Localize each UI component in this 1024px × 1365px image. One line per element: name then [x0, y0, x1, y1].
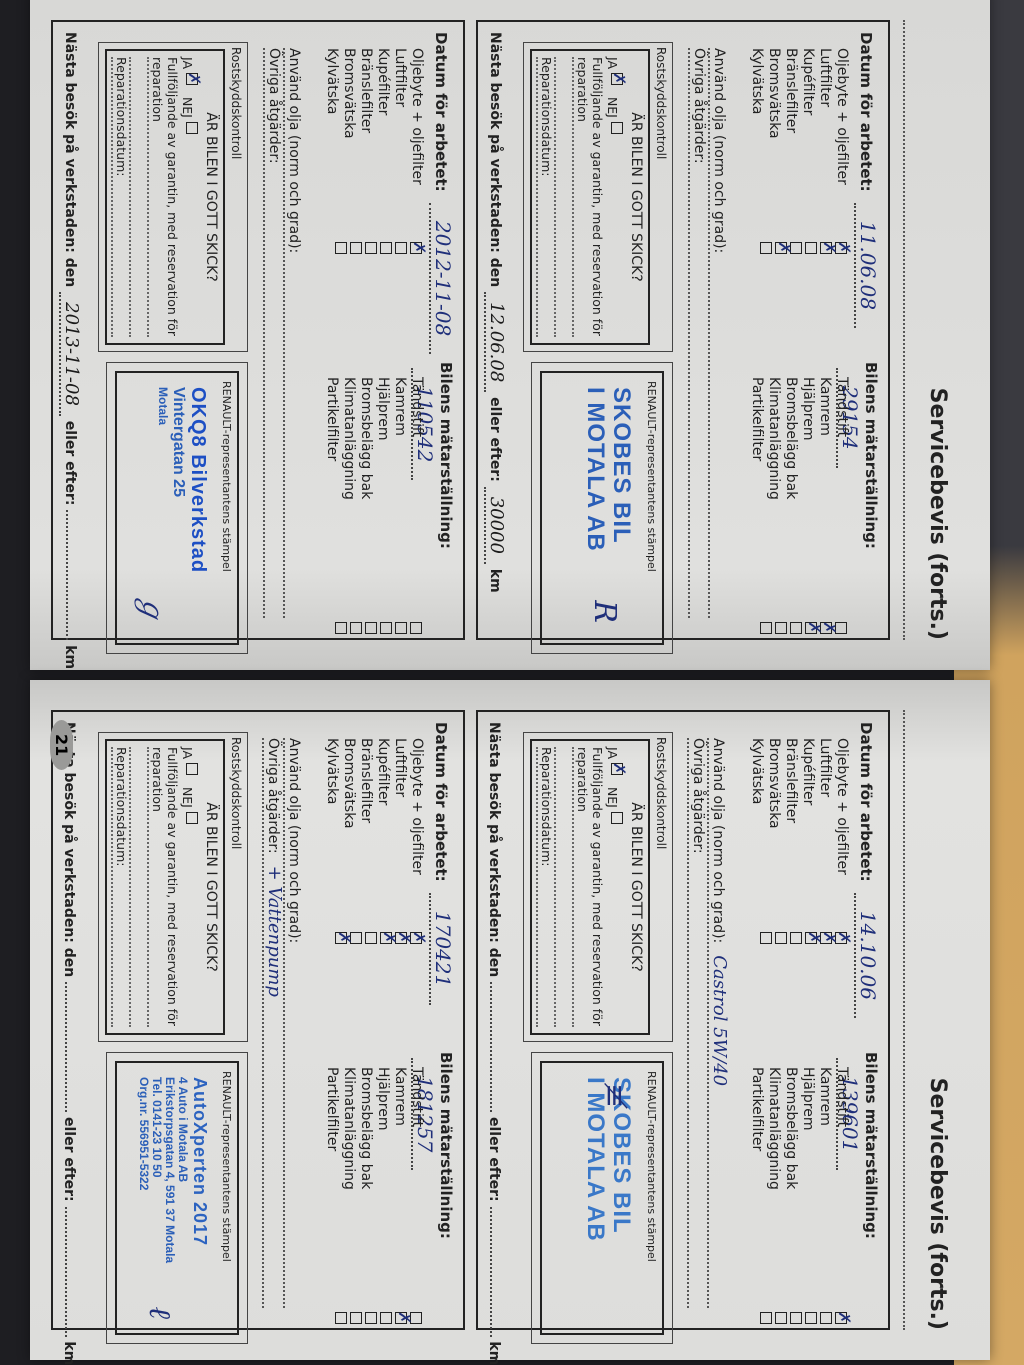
- service-items-left: Oljebyte + oljefilter Luftfilter Kupéfil…: [748, 738, 850, 875]
- item-label: Kamrem: [391, 377, 408, 500]
- next-visit-row: Nästa besök på verkstaden: den eller eft…: [61, 722, 77, 1318]
- service-checkbox: [760, 932, 772, 944]
- service-checkbox: [760, 622, 772, 634]
- service-checkbox: [790, 1312, 802, 1324]
- service-checkbox: [395, 622, 407, 634]
- service-checkbox: [410, 242, 422, 254]
- item-label: Bränslefilter: [357, 738, 374, 875]
- service-checkbox: [805, 932, 817, 944]
- next-visit-label: Nästa besök på verkstaden: den: [486, 722, 502, 977]
- repair-label: reparation: [150, 747, 165, 812]
- service-checkbox: [335, 1312, 347, 1324]
- no-checkbox: [186, 812, 198, 824]
- item-label: Klimatanläggning: [340, 1067, 357, 1190]
- checkboxes-right: [332, 1312, 425, 1324]
- service-checkbox: [350, 622, 362, 634]
- item-label: Tändstift: [833, 1067, 850, 1190]
- yes-checkbox: [611, 73, 623, 85]
- service-checkbox: [805, 1312, 817, 1324]
- item-label: Bränslefilter: [782, 738, 799, 875]
- no-checkbox: [611, 812, 623, 824]
- item-label: Bromsbelägg bak: [782, 1067, 799, 1190]
- or-after-label: eller efter:: [61, 1117, 77, 1202]
- work-date-value: 2012-11-08: [429, 203, 455, 354]
- next-visit-row: Nästa besök på verkstaden: den eller eft…: [486, 722, 502, 1318]
- work-date-label: Datum för arbetet:: [432, 32, 450, 192]
- item-label: Bränslefilter: [357, 48, 374, 185]
- rust-question: ÄR BILEN I GOTT SKICK?: [628, 57, 644, 337]
- rust-check-box: Rostskyddskontroll ÄR BILEN I GOTT SKICK…: [98, 42, 248, 352]
- km-label: km: [61, 1341, 77, 1365]
- service-checkbox: [775, 622, 787, 634]
- warranty-text: Fullföljande av garantin, med reservatio…: [165, 747, 180, 1027]
- service-checkbox: [835, 1312, 847, 1324]
- item-label: Partikelfilter: [748, 377, 765, 500]
- or-after-label: eller efter:: [487, 397, 503, 482]
- item-label: Kupéfilter: [374, 738, 391, 875]
- work-date-label: Datum för arbetet:: [432, 722, 450, 882]
- oil-lines: Använd olja (norm och grad): Övriga åtgä…: [263, 48, 303, 618]
- item-label: Bränslefilter: [782, 48, 799, 185]
- item-label: Luftfilter: [391, 48, 408, 185]
- stamp-caption: RENAULT-representantens stämpel: [645, 1071, 658, 1262]
- service-checkbox: [380, 1312, 392, 1324]
- oil-lines: Använd olja (norm och grad): Övriga åtgä…: [688, 48, 728, 618]
- checkboxes-left: [332, 242, 425, 254]
- next-visit-date: 2013-11-08: [59, 292, 82, 416]
- item-label: Kupéfilter: [799, 738, 816, 875]
- item-label: Klimatanläggning: [340, 377, 357, 500]
- stamp-line: Erikstorpsgatan 4, 591 37 Motala: [163, 1077, 176, 1263]
- rust-question: ÄR BILEN I GOTT SKICK?: [203, 57, 219, 337]
- dealer-stamp: OKQ8 Bilverkstad Vintergatan 25 Motala: [156, 387, 209, 573]
- item-label: Luftfilter: [816, 738, 833, 875]
- rust-question: ÄR BILEN I GOTT SKICK?: [628, 747, 644, 1027]
- odometer-label: Bilens mätarställning:: [862, 362, 880, 549]
- service-checkbox: [775, 242, 787, 254]
- no-label: NEJ: [605, 97, 620, 118]
- stamp-line: Motala: [156, 387, 169, 573]
- oil-label: Använd olja (norm och grad):: [711, 48, 727, 253]
- stamp-line: 4 Auto i Motala AB: [176, 1077, 189, 1263]
- service-checkbox: [365, 242, 377, 254]
- service-items-right: Tändstift Kamrem Hjälprem Bromsbelägg ba…: [748, 1067, 850, 1190]
- stamp-line: SKOBES BIL: [608, 387, 634, 552]
- warranty-text: Fullföljande av garantin, med reservatio…: [165, 57, 180, 337]
- item-label: Tändstift: [833, 377, 850, 500]
- service-checkbox: [365, 932, 377, 944]
- yes-checkbox: [611, 763, 623, 775]
- rust-section-label: Rostskyddskontroll: [229, 737, 243, 1037]
- checkboxes-right: [757, 1312, 850, 1324]
- work-date-value: 170421: [429, 893, 455, 1005]
- service-checkbox: [395, 1312, 407, 1324]
- item-label: Hjälprem: [799, 377, 816, 500]
- stamp-line: Org.nr. 556951-5322: [136, 1077, 149, 1263]
- item-label: Klimatanläggning: [765, 1067, 782, 1190]
- other-actions-label: Övriga åtgärder:: [265, 738, 281, 854]
- stamp-caption: RENAULT-representantens stämpel: [220, 381, 233, 572]
- km-label: km: [486, 1341, 502, 1365]
- rust-check-box: Rostskyddskontroll ÄR BILEN I GOTT SKICK…: [523, 42, 673, 352]
- km-label: km: [487, 569, 503, 593]
- service-checkbox: [410, 622, 422, 634]
- service-items-left: Oljebyte + oljefilter Luftfilter Kupéfil…: [748, 48, 850, 185]
- item-label: Bromsvätska: [340, 48, 357, 185]
- checkboxes-left: [332, 932, 425, 944]
- item-label: Kupéfilter: [374, 48, 391, 185]
- item-label: Tändstift: [408, 377, 425, 500]
- signature: R: [587, 600, 622, 623]
- item-label: Kupéfilter: [799, 48, 816, 185]
- service-checkbox: [820, 1312, 832, 1324]
- next-visit-km-empty: [490, 1207, 492, 1337]
- service-checkbox: [820, 242, 832, 254]
- odometer-label: Bilens mätarställning:: [862, 1052, 880, 1239]
- next-visit-km-empty: [65, 1207, 67, 1337]
- item-label: Bromsbelägg bak: [782, 377, 799, 500]
- repair-label: reparation: [150, 57, 165, 122]
- repair-date-label: Reparationsdatum:: [539, 747, 554, 866]
- checkboxes-left: [757, 932, 850, 944]
- or-after-label: eller efter:: [62, 421, 78, 506]
- item-label: Partikelfilter: [323, 1067, 340, 1190]
- service-items-right: Tändstift Kamrem Hjälprem Bromsbelägg ba…: [748, 377, 850, 500]
- service-booklet: Servicebevis (forts.) Datum för arbetet:…: [10, 0, 1010, 1365]
- service-entry: Datum för arbetet: 170421 Bilens mätarst…: [51, 710, 465, 1330]
- service-checkbox: [335, 932, 347, 944]
- item-label: Tändstift: [408, 1067, 425, 1190]
- service-items-right: Tändstift Kamrem Hjälprem Bromsbelägg ba…: [323, 1067, 425, 1190]
- item-label: Bromsbelägg bak: [357, 1067, 374, 1190]
- page-right: Servicebevis (forts.) Datum för arbetet:…: [30, 680, 990, 1360]
- service-checkbox: [335, 242, 347, 254]
- service-checkbox: [365, 622, 377, 634]
- next-visit-date-empty: [65, 982, 67, 1112]
- item-label: Luftfilter: [816, 48, 833, 185]
- item-label: Kylvätska: [323, 738, 340, 875]
- item-label: Bromsvätska: [765, 738, 782, 875]
- item-label: Bromsvätska: [765, 48, 782, 185]
- service-checkbox: [760, 1312, 772, 1324]
- oil-label: Använd olja (norm och grad):: [286, 48, 302, 253]
- oil-label: Använd olja (norm och grad):: [286, 738, 302, 943]
- stamp-line: AutoXperten 2017: [189, 1077, 209, 1263]
- checkboxes-right: [332, 622, 425, 634]
- service-items-right: Tändstift Kamrem Hjälprem Bromsbelägg ba…: [323, 377, 425, 500]
- service-checkbox: [380, 622, 392, 634]
- service-items-left: Oljebyte + oljefilter Luftfilter Kupéfil…: [323, 48, 425, 185]
- yes-checkbox: [186, 73, 198, 85]
- odometer-label: Bilens mätarställning:: [437, 362, 455, 549]
- stamp-line: I MOTALA AB: [581, 387, 607, 552]
- next-visit-label: Nästa besök på verkstaden: den: [62, 32, 78, 287]
- service-checkbox: [790, 622, 802, 634]
- item-label: Partikelfilter: [323, 377, 340, 500]
- warranty-text: Fullföljande av garantin, med reservatio…: [590, 57, 605, 337]
- dotted-line: [903, 710, 905, 1330]
- next-visit-km-empty: [66, 510, 68, 640]
- item-label: Kylvätska: [323, 48, 340, 185]
- repair-date-label: Reparationsdatum:: [114, 57, 129, 176]
- dealer-stamp: SKOBES BIL I MOTALA AB: [581, 387, 634, 552]
- yes-label: JA: [605, 747, 620, 759]
- work-date-value: 11.06.08: [854, 203, 880, 328]
- service-checkbox: [380, 242, 392, 254]
- item-label: Kylvätska: [748, 738, 765, 875]
- service-checkbox: [350, 242, 362, 254]
- stamp-line: OKQ8 Bilverkstad: [187, 387, 209, 573]
- checkboxes-right: [757, 622, 850, 634]
- item-label: Kamrem: [816, 377, 833, 500]
- rust-section-label: Rostskyddskontroll: [654, 737, 668, 1037]
- km-label: km: [62, 645, 78, 669]
- dealer-stamp-area: RENAULT-representantens stämpel AutoXper…: [106, 1052, 248, 1344]
- yes-checkbox: [186, 763, 198, 775]
- repair-date-label: Reparationsdatum:: [539, 57, 554, 176]
- service-items-left: Oljebyte + oljefilter Luftfilter Kupéfil…: [323, 738, 425, 875]
- no-checkbox: [186, 122, 198, 134]
- item-label: Kamrem: [816, 1067, 833, 1190]
- dealer-stamp-area: RENAULT-representantens stämpel OKQ8 Bil…: [106, 362, 248, 654]
- oil-lines: Använd olja (norm och grad):Castrol 5W/4…: [687, 738, 728, 1308]
- yes-label: JA: [180, 747, 195, 759]
- no-checkbox: [611, 122, 623, 134]
- oil-used-value: Castrol 5W/40: [709, 955, 730, 1086]
- item-label: Oljebyte + oljefilter: [408, 48, 425, 185]
- service-checkbox: [805, 622, 817, 634]
- service-checkbox: [380, 932, 392, 944]
- odometer-label: Bilens mätarställning:: [437, 1052, 455, 1239]
- checkboxes-left: [757, 242, 850, 254]
- oil-lines: Använd olja (norm och grad): Övriga åtgä…: [262, 738, 303, 1308]
- repair-label: reparation: [575, 747, 590, 812]
- service-checkbox: [335, 622, 347, 634]
- other-actions-label: Övriga åtgärder:: [690, 738, 706, 854]
- next-visit-row: Nästa besök på verkstaden: den 12.06.08 …: [486, 32, 507, 628]
- service-checkbox: [775, 1312, 787, 1324]
- other-actions-value: + Vattenpump: [264, 866, 285, 997]
- next-visit-km: 30000: [484, 487, 507, 564]
- signature: ℓ: [142, 1307, 177, 1320]
- page-left: Servicebevis (forts.) Datum för arbetet:…: [30, 0, 990, 670]
- other-actions-label: Övriga åtgärder:: [691, 48, 707, 164]
- rust-section-label: Rostskyddskontroll: [229, 47, 243, 347]
- item-label: Partikelfilter: [748, 1067, 765, 1190]
- page-number: 21: [50, 720, 73, 770]
- next-visit-date: 12.06.08: [484, 292, 507, 392]
- yes-label: JA: [605, 57, 620, 69]
- work-date-label: Datum för arbetet:: [857, 32, 875, 192]
- stamp-line: Vintergatan 25: [169, 387, 187, 573]
- next-visit-label: Nästa besök på verkstaden: den: [487, 32, 503, 287]
- service-checkbox: [790, 932, 802, 944]
- stamp-line: Tel. 0141-23 10 50: [150, 1077, 163, 1263]
- repair-date-label: Reparationsdatum:: [114, 747, 129, 866]
- service-checkbox: [350, 1312, 362, 1324]
- rust-question: ÄR BILEN I GOTT SKICK?: [203, 747, 219, 1027]
- item-label: Kylvätska: [748, 48, 765, 185]
- no-label: NEJ: [180, 787, 195, 808]
- yes-label: JA: [180, 57, 195, 69]
- work-date-value: 14.10.06: [854, 893, 880, 1018]
- service-checkbox: [760, 242, 772, 254]
- warranty-text: Fullföljande av garantin, med reservatio…: [590, 747, 605, 1027]
- rust-check-box: Rostskyddskontroll ÄR BILEN I GOTT SKICK…: [98, 732, 248, 1042]
- next-visit-row: Nästa besök på verkstaden: den 2013-11-0…: [61, 32, 82, 628]
- service-entry: Datum för arbetet: 14.10.06 Bilens mätar…: [476, 710, 890, 1330]
- stamp-caption: RENAULT-representantens stämpel: [220, 1071, 233, 1262]
- no-label: NEJ: [605, 787, 620, 808]
- item-label: Oljebyte + oljefilter: [408, 738, 425, 875]
- work-date-label: Datum för arbetet:: [857, 722, 875, 882]
- dealer-stamp-area: RENAULT-representantens stämpel SKOBES B…: [531, 1052, 673, 1344]
- item-label: Luftfilter: [391, 738, 408, 875]
- next-visit-date-empty: [490, 982, 492, 1112]
- rust-check-box: Rostskyddskontroll ÄR BILEN I GOTT SKICK…: [523, 732, 673, 1042]
- item-label: Hjälprem: [374, 377, 391, 500]
- item-label: Hjälprem: [799, 1067, 816, 1190]
- service-checkbox: [395, 242, 407, 254]
- item-label: Kamrem: [391, 1067, 408, 1190]
- item-label: Oljebyte + oljefilter: [833, 738, 850, 875]
- service-checkbox: [805, 242, 817, 254]
- item-label: Klimatanläggning: [765, 377, 782, 500]
- service-checkbox: [365, 1312, 377, 1324]
- no-label: NEJ: [180, 97, 195, 118]
- item-label: Bromsvätska: [340, 738, 357, 875]
- item-label: Oljebyte + oljefilter: [833, 48, 850, 185]
- service-entry: Datum för arbetet: 11.06.08 Bilens mätar…: [476, 20, 890, 640]
- dotted-line: [903, 20, 905, 640]
- service-entry: Datum för arbetet: 2012-11-08 Bilens mät…: [51, 20, 465, 640]
- item-label: Bromsbelägg bak: [357, 377, 374, 500]
- rust-section-label: Rostskyddskontroll: [654, 47, 668, 347]
- oil-label: Använd olja (norm och grad):: [710, 738, 726, 943]
- dealer-stamp: AutoXperten 2017 4 Auto i Motala AB Erik…: [136, 1077, 209, 1263]
- item-label: Hjälprem: [374, 1067, 391, 1190]
- page-title: Servicebevis (forts.): [925, 1078, 950, 1330]
- dealer-stamp-area: RENAULT-representantens stämpel SKOBES B…: [531, 362, 673, 654]
- signature: ℊ: [133, 593, 177, 623]
- or-after-label: eller efter:: [486, 1117, 502, 1202]
- repair-label: reparation: [575, 57, 590, 122]
- signature: ≢: [597, 1083, 632, 1108]
- page-title: Servicebevis (forts.): [925, 388, 950, 640]
- stamp-caption: RENAULT-representantens stämpel: [645, 381, 658, 572]
- service-checkbox: [775, 932, 787, 944]
- other-actions-label: Övriga åtgärder:: [266, 48, 282, 164]
